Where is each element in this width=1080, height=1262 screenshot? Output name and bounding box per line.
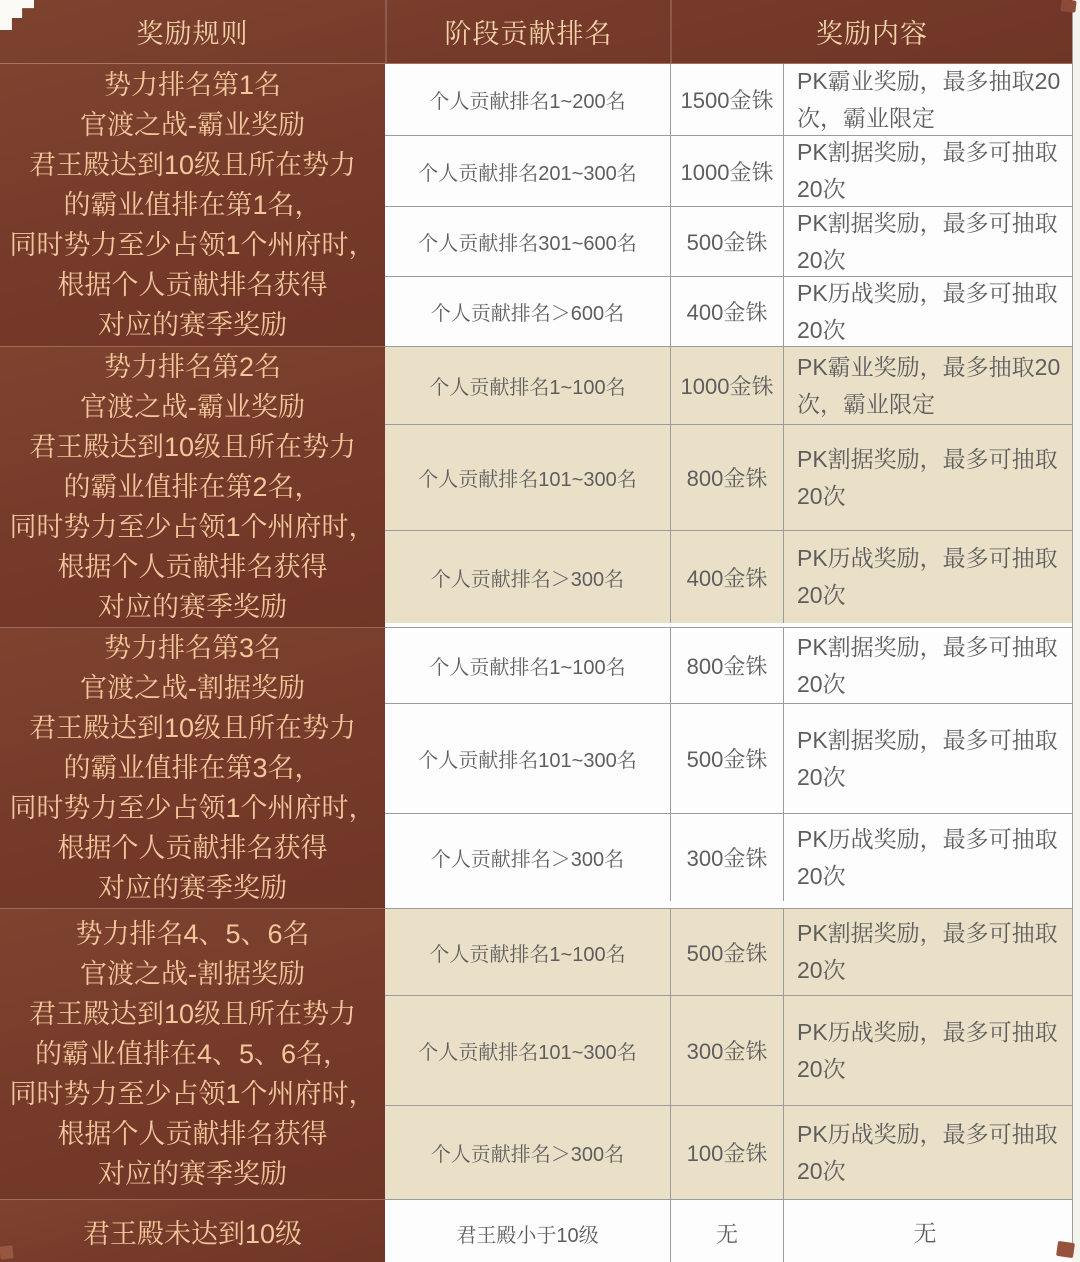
group-rows: 个人贡献排名1~100名 800金铢 PK割据奖励，最多可抽取 20次 个人贡献… (385, 627, 1072, 908)
reward-cell: PK霸业奖励，最多抽取20 次，霸业限定 (784, 64, 1072, 135)
reward-cell: PK割据奖励，最多可抽取 20次 (784, 704, 1072, 813)
group-rows: 个人贡献排名1~200名 1500金铢 PK霸业奖励，最多抽取20 次，霸业限定… (385, 64, 1072, 346)
table-header: 奖励规则 阶段贡献排名 奖励内容 (0, 0, 1072, 64)
reward-cell: PK历战奖励，最多可抽取 20次 (784, 531, 1072, 623)
group-rows: 个人贡献排名1~100名 500金铢 PK割据奖励，最多可抽取 20次 个人贡献… (385, 908, 1072, 1199)
reward-cell: PK割据奖励，最多可抽取 20次 (784, 207, 1072, 276)
table-row: 个人贡献排名＞300名 400金铢 PK历战奖励，最多可抽取 20次 (385, 530, 1072, 623)
reward-cell: PK割据奖励，最多可抽取 20次 (784, 909, 1072, 995)
rank-cell: 个人贡献排名101~300名 (385, 425, 670, 530)
corner-mark-top-right (1060, 0, 1076, 13)
table-row: 个人贡献排名＞300名 300金铢 PK历战奖励，最多可抽取 20次 (385, 813, 1072, 901)
group-rows: 君王殿小于10级 无 无 (385, 1199, 1072, 1262)
rank-cell: 个人贡献排名1~100名 (385, 909, 670, 995)
amount-cell: 1500金铢 (670, 64, 784, 135)
reward-group-rank3: 势力排名第3名 官渡之战-割据奖励 君王殿达到10级且所在势力 的霸业值排在第3… (0, 627, 1072, 908)
rule-cell: 势力排名第1名 官渡之战-霸业奖励 君王殿达到10级且所在势力 的霸业值排在第1… (0, 64, 385, 346)
amount-cell: 800金铢 (670, 425, 784, 530)
reward-cell: PK历战奖励，最多可抽取 20次 (784, 277, 1072, 346)
reward-rules-page: 奖励规则 阶段贡献排名 奖励内容 势力排名第1名 官渡之战-霸业奖励 君王殿达到… (0, 0, 1080, 1262)
header-reward-content: 奖励内容 (670, 0, 1072, 63)
group-rows: 个人贡献排名1~100名 1000金铢 PK霸业奖励，最多抽取20 次，霸业限定… (385, 346, 1072, 627)
amount-cell: 300金铢 (670, 814, 784, 901)
reward-group-rank456: 势力排名4、5、6名 官渡之战-割据奖励 君王殿达到10级且所在势力 的霸业值排… (0, 908, 1072, 1199)
rule-cell: 势力排名4、5、6名 官渡之战-割据奖励 君王殿达到10级且所在势力 的霸业值排… (0, 908, 385, 1199)
rule-cell: 势力排名第3名 官渡之战-割据奖励 君王殿达到10级且所在势力 的霸业值排在第3… (0, 627, 385, 908)
rule-cell: 势力排名第2名 官渡之战-霸业奖励 君王殿达到10级且所在势力 的霸业值排在第2… (0, 346, 385, 627)
rank-cell: 君王殿小于10级 (385, 1200, 670, 1262)
rank-cell: 个人贡献排名1~200名 (385, 64, 670, 135)
table-row: 个人贡献排名1~200名 1500金铢 PK霸业奖励，最多抽取20 次，霸业限定 (385, 64, 1072, 135)
reward-cell: PK割据奖励，最多可抽取 20次 (784, 425, 1072, 530)
table-row: 个人贡献排名1~100名 800金铢 PK割据奖励，最多可抽取 20次 (385, 628, 1072, 703)
reward-cell: PK历战奖励，最多可抽取 20次 (784, 996, 1072, 1105)
rank-cell: 个人贡献排名301~600名 (385, 207, 670, 276)
amount-cell: 400金铢 (670, 531, 784, 623)
amount-cell: 500金铢 (670, 909, 784, 995)
table-row: 个人贡献排名1~100名 1000金铢 PK霸业奖励，最多抽取20 次，霸业限定 (385, 347, 1072, 424)
reward-group-rank1: 势力排名第1名 官渡之战-霸业奖励 君王殿达到10级且所在势力 的霸业值排在第1… (0, 64, 1072, 346)
corner-mark-bottom-right (1056, 1241, 1075, 1258)
amount-cell: 500金铢 (670, 207, 784, 276)
reward-cell: 无 (784, 1200, 1072, 1262)
reward-cell: PK历战奖励，最多可抽取 20次 (784, 814, 1072, 901)
amount-cell: 500金铢 (670, 704, 784, 813)
reward-group-rank2: 势力排名第2名 官渡之战-霸业奖励 君王殿达到10级且所在势力 的霸业值排在第2… (0, 346, 1072, 627)
header-reward-rules: 奖励规则 (0, 0, 385, 63)
amount-cell: 300金铢 (670, 996, 784, 1105)
table-row: 个人贡献排名＞300名 100金铢 PK历战奖励，最多可抽取 20次 (385, 1105, 1072, 1199)
reward-group-below-level10: 君王殿未达到10级 君王殿小于10级 无 无 (0, 1199, 1072, 1262)
amount-cell: 400金铢 (670, 277, 784, 346)
rank-cell: 个人贡献排名＞300名 (385, 1106, 670, 1199)
header-stage-rank: 阶段贡献排名 (385, 0, 670, 63)
table-row: 个人贡献排名101~300名 300金铢 PK历战奖励，最多可抽取 20次 (385, 995, 1072, 1105)
rank-cell: 个人贡献排名＞600名 (385, 277, 670, 346)
amount-cell: 无 (670, 1200, 784, 1262)
reward-cell: PK割据奖励，最多可抽取 20次 (784, 136, 1072, 206)
corner-mark-bottom-left (0, 1245, 14, 1259)
table-row: 个人贡献排名101~300名 800金铢 PK割据奖励，最多可抽取 20次 (385, 424, 1072, 530)
rank-cell: 个人贡献排名201~300名 (385, 136, 670, 206)
table-row: 个人贡献排名1~100名 500金铢 PK割据奖励，最多可抽取 20次 (385, 909, 1072, 995)
amount-cell: 800金铢 (670, 628, 784, 703)
rank-cell: 个人贡献排名＞300名 (385, 814, 670, 901)
reward-cell: PK割据奖励，最多可抽取 20次 (784, 628, 1072, 703)
rank-cell: 个人贡献排名1~100名 (385, 628, 670, 703)
rank-cell: 个人贡献排名＞300名 (385, 531, 670, 623)
table-row: 个人贡献排名＞600名 400金铢 PK历战奖励，最多可抽取 20次 (385, 276, 1072, 346)
reward-cell: PK霸业奖励，最多抽取20 次，霸业限定 (784, 347, 1072, 424)
rank-cell: 个人贡献排名1~100名 (385, 347, 670, 424)
table-row: 个人贡献排名101~300名 500金铢 PK割据奖励，最多可抽取 20次 (385, 703, 1072, 813)
rank-cell: 个人贡献排名101~300名 (385, 704, 670, 813)
rule-cell: 君王殿未达到10级 (0, 1199, 385, 1262)
table-row: 个人贡献排名301~600名 500金铢 PK割据奖励，最多可抽取 20次 (385, 206, 1072, 276)
reward-rules-table: 奖励规则 阶段贡献排名 奖励内容 势力排名第1名 官渡之战-霸业奖励 君王殿达到… (0, 0, 1073, 1255)
rank-cell: 个人贡献排名101~300名 (385, 996, 670, 1105)
table-row: 个人贡献排名201~300名 1000金铢 PK割据奖励，最多可抽取 20次 (385, 135, 1072, 206)
table-row: 君王殿小于10级 无 无 (385, 1200, 1072, 1262)
amount-cell: 100金铢 (670, 1106, 784, 1199)
reward-cell: PK历战奖励，最多可抽取 20次 (784, 1106, 1072, 1199)
amount-cell: 1000金铢 (670, 136, 784, 206)
amount-cell: 1000金铢 (670, 347, 784, 424)
